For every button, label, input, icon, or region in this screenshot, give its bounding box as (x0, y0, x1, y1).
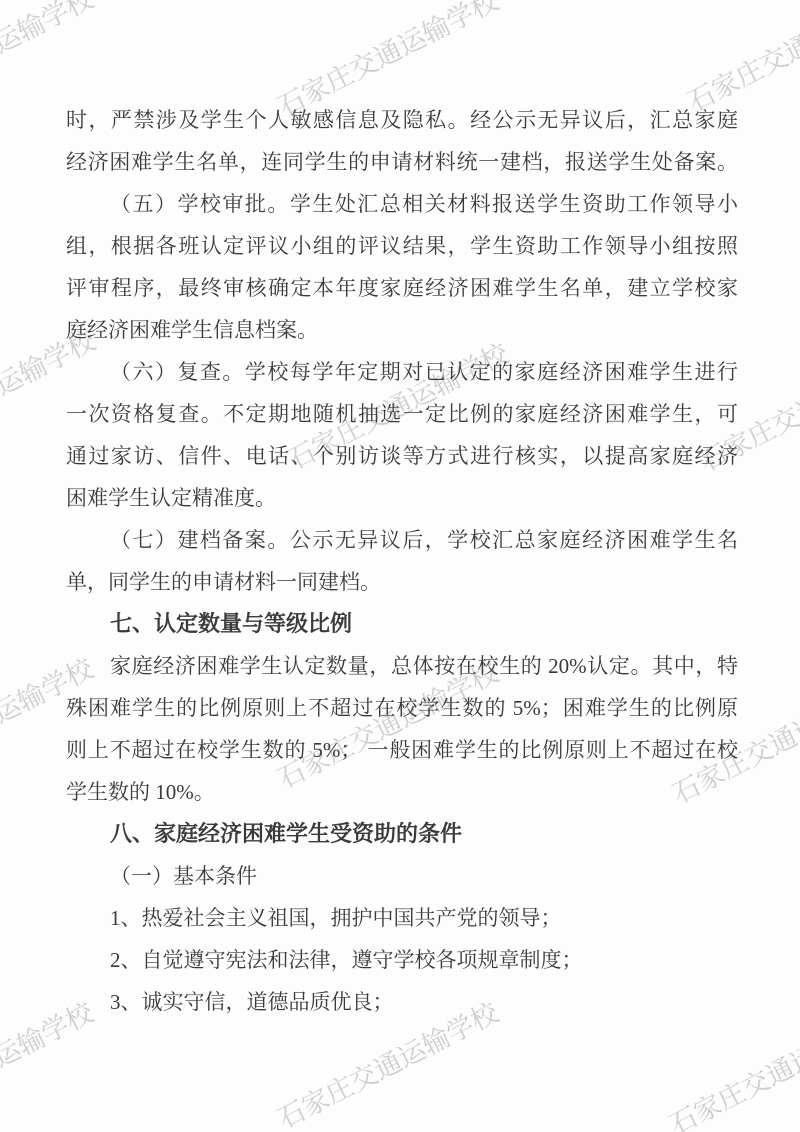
text-line: 则上不超过在校学生数的 5%； 一般困难学生的比例原则上不超过在校 (66, 729, 738, 771)
text-line: 组，根据各班认定评议小组的评议结果，学生资助工作领导小组按照 (66, 225, 738, 267)
text-line: （七）建档备案。公示无异议后，学校汇总家庭经济困难学生名 (66, 519, 738, 561)
text-line: 经济困难学生名单，连同学生的申请材料统一建档，报送学生处备案。 (66, 141, 738, 183)
text-line: 庭经济困难学生信息档案。 (66, 309, 738, 351)
text-line: 通过家访、信件、电话、个别访谈等方式进行核实，以提高家庭经济 (66, 435, 738, 477)
page-background: 石家庄交通运输学校石家庄交通运输学校石家庄交通运输学校石家庄交通运输学校石家庄交… (0, 0, 800, 1132)
text-line: 学生数的 10%。 (66, 771, 738, 813)
text-line: 单，同学生的申请材料一同建档。 (66, 561, 738, 603)
text-line: （一）基本条件 (66, 855, 738, 897)
text-line: 七、认定数量与等级比例 (66, 603, 738, 645)
text-line: 一次资格复查。不定期地随机抽选一定比例的家庭经济困难学生，可 (66, 393, 738, 435)
text-line: 1、热爱社会主义祖国，拥护中国共产党的领导； (66, 897, 738, 939)
text-line: 时，严禁涉及学生个人敏感信息及隐私。经公示无异议后，汇总家庭 (66, 99, 738, 141)
watermark-text: 石家庄交通运输学校 (666, 1005, 800, 1132)
text-line: （五）学校审批。学生处汇总相关材料报送学生资助工作领导小 (66, 183, 738, 225)
text-line: 2、自觉遵守宪法和法律，遵守学校各项规章制度； (66, 939, 738, 981)
body-text: 时，严禁涉及学生个人敏感信息及隐私。经公示无异议后，汇总家庭经济困难学生名单，连… (66, 99, 738, 1023)
text-line: 八、家庭经济困难学生受资助的条件 (66, 813, 738, 855)
text-line: 评审程序，最终审核确定本年度家庭经济困难学生名单，建立学校家 (66, 267, 738, 309)
text-line: 困难学生认定精准度。 (66, 477, 738, 519)
document-page: { "page": { "background": "#fdfdfd", "te… (0, 0, 800, 1132)
text-line: （六）复查。学校每学年定期对已认定的家庭经济困难学生进行 (66, 351, 738, 393)
text-line: 3、诚实守信，道德品质优良； (66, 981, 738, 1023)
text-line: 殊困难学生的比例原则上不超过在校学生数的 5%；困难学生的比例原 (66, 687, 738, 729)
text-line: 家庭经济困难学生认定数量，总体按在校生的 20%认定。其中，特 (66, 645, 738, 687)
